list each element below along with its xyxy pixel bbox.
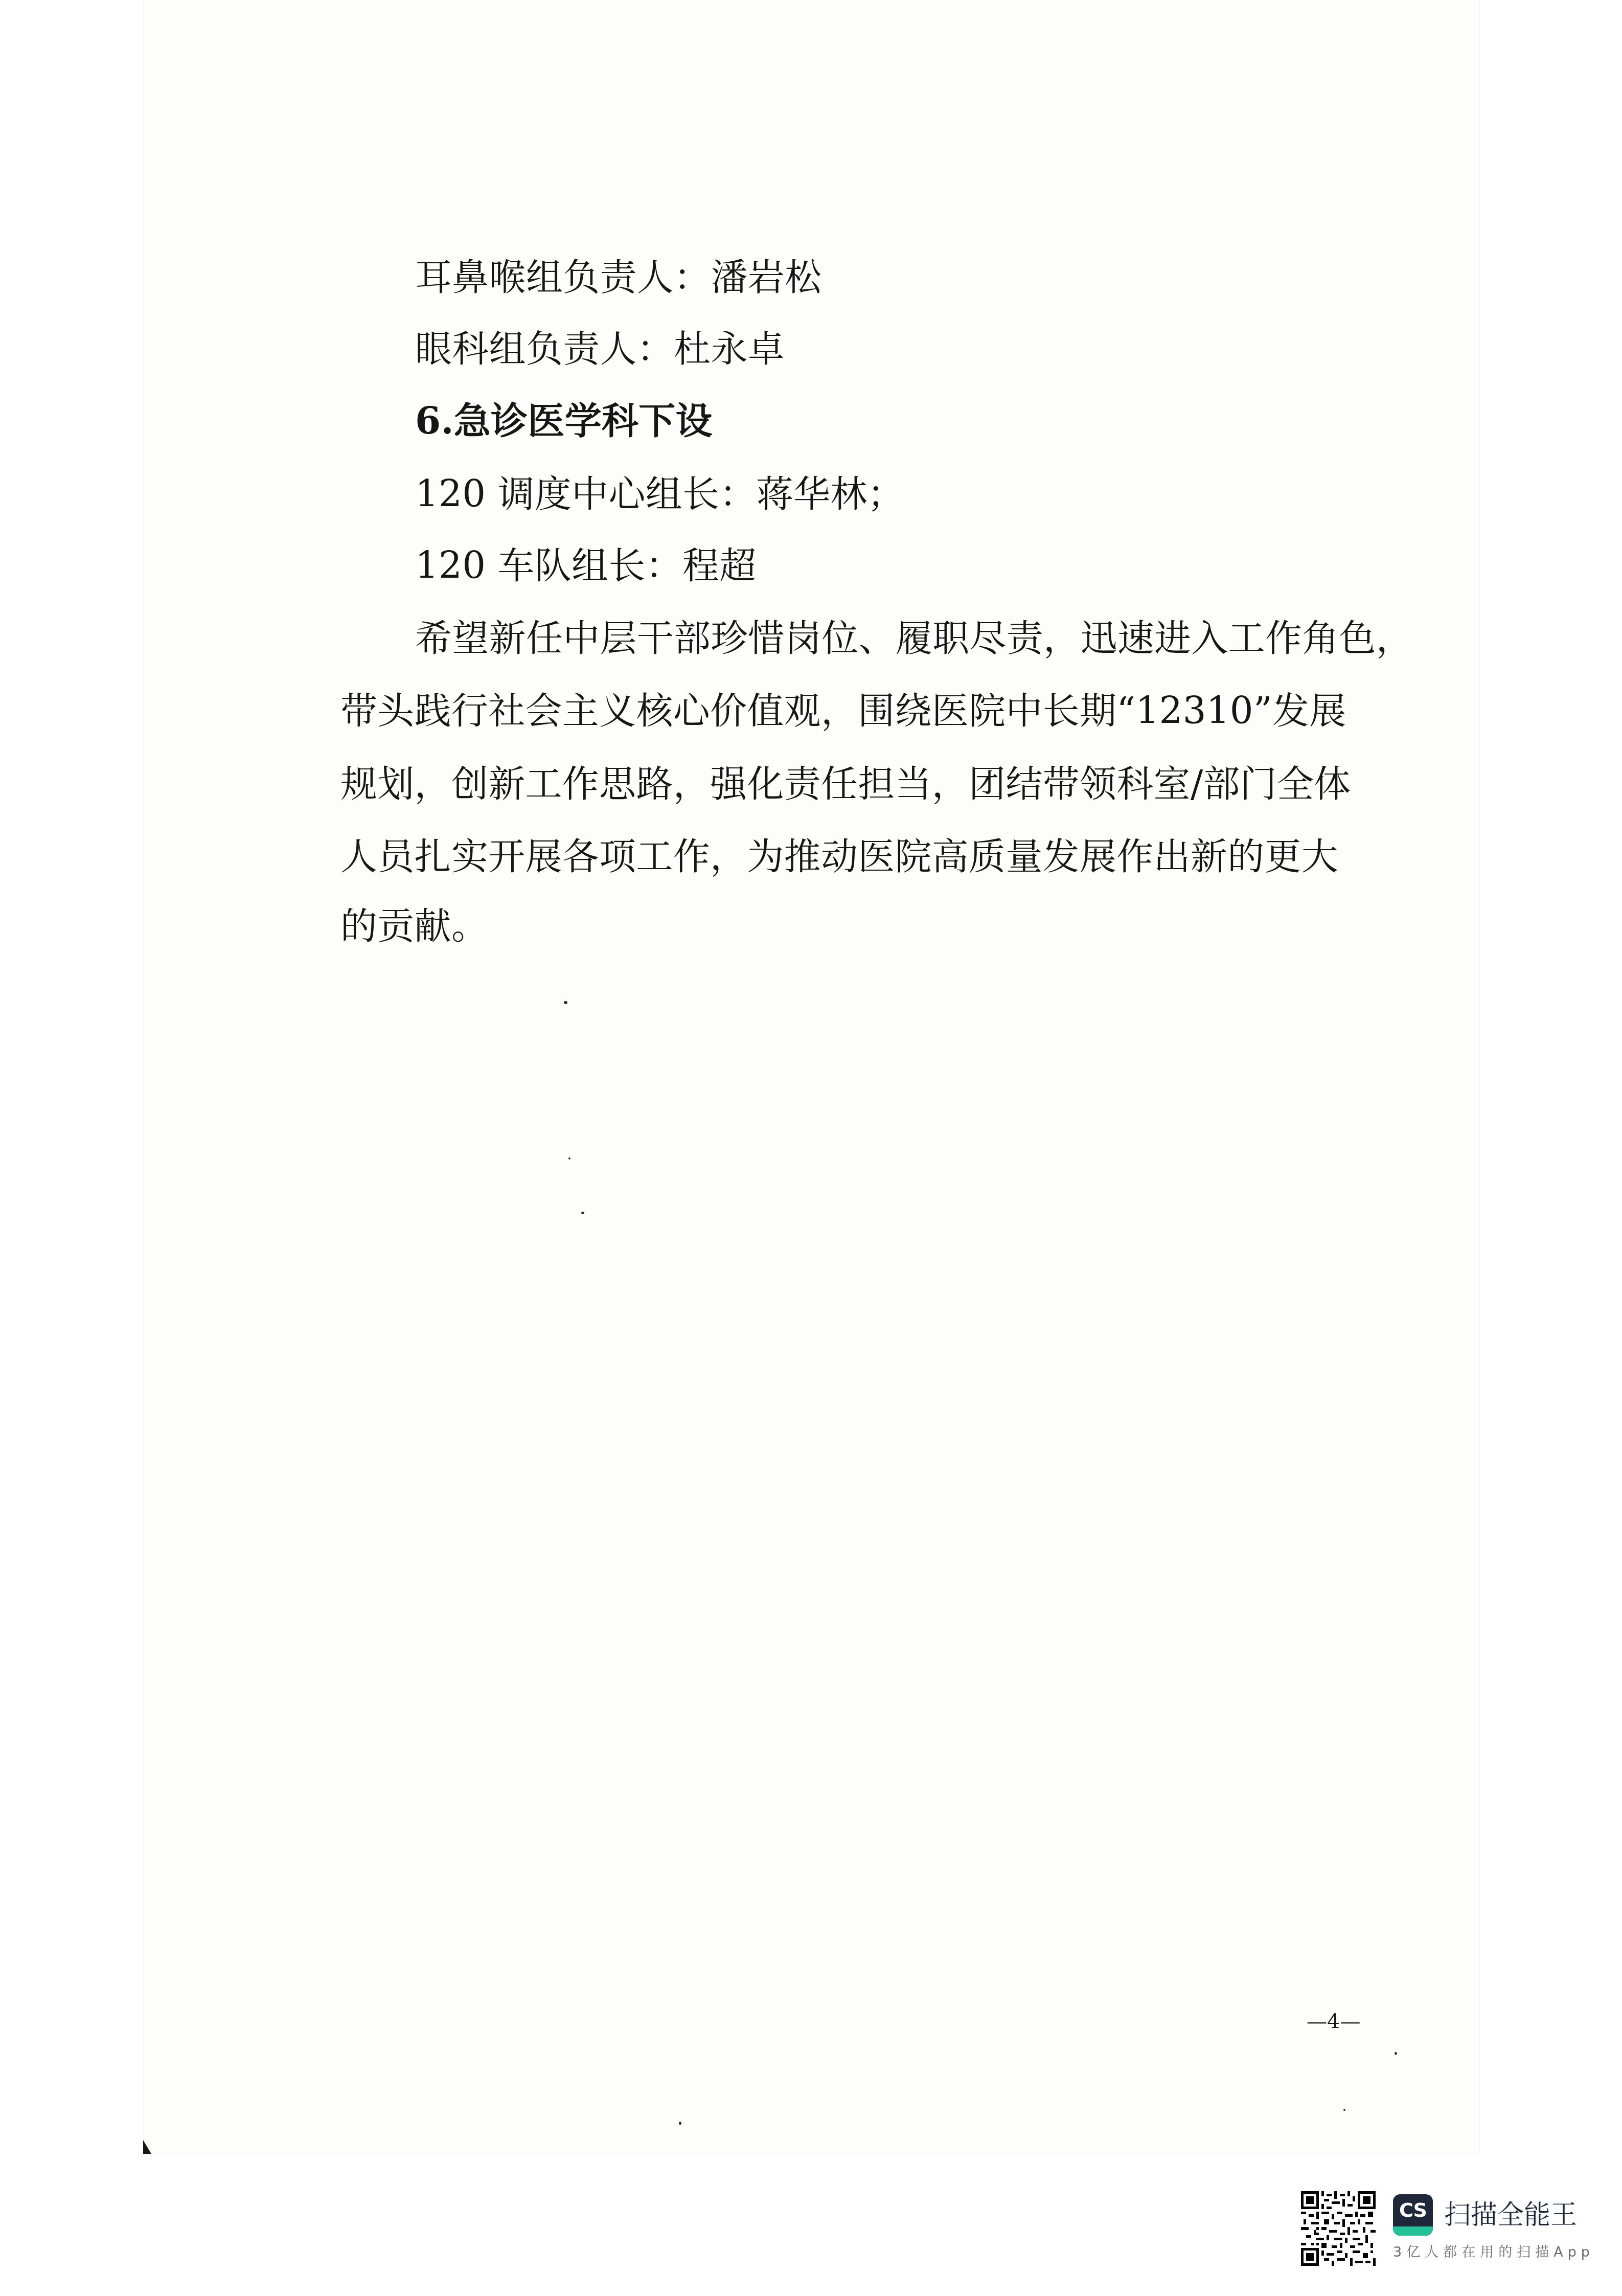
scan-speck xyxy=(1395,2052,1397,2055)
paragraph-line: 希望新任中层干部珍惜岗位、履职尽责，迅速进入工作角色， xyxy=(415,620,1413,656)
ophthalmology-group-leader-line: 眼科组负责人：杜永卓 xyxy=(415,330,785,367)
watermark-app-name[interactable]: 扫描全能王 xyxy=(1444,2199,1577,2231)
scan-speck xyxy=(1343,2109,1345,2111)
dispatch-center-leader-line: 120 调度中心组长：蒋华林； xyxy=(415,475,904,512)
scanned-page xyxy=(143,0,1480,2154)
scan-speck xyxy=(581,1212,584,1214)
watermark-tagline: 3亿人都在用的扫描App xyxy=(1393,2244,1594,2261)
logo-text: CS xyxy=(1393,2198,1433,2222)
scan-speck xyxy=(568,1157,570,1160)
paragraph-line: 的贡献。 xyxy=(340,907,488,944)
section-heading-emergency: 6.急诊医学科下设 xyxy=(415,402,713,439)
ambulance-fleet-leader-line: 120 车队组长：程超 xyxy=(415,547,757,584)
scan-speck xyxy=(679,2122,681,2125)
cs-app-logo-icon[interactable]: CS xyxy=(1393,2194,1433,2236)
ent-group-leader-line: 耳鼻喉组负责人：潘岩松 xyxy=(415,259,821,295)
page-number: —4— xyxy=(1307,2010,1360,2033)
qr-code-icon[interactable] xyxy=(1301,2191,1376,2266)
paragraph-line: 人员扎实开展各项工作，为推动医院高质量发展作出新的更大 xyxy=(340,838,1338,875)
scan-corner-mark xyxy=(143,2140,151,2154)
paragraph-line: 规划，创新工作思路，强化责任担当，团结带领科室/部门全体 xyxy=(340,765,1351,802)
logo-accent-strip xyxy=(1393,2226,1433,2236)
paragraph-line: 带头践行社会主义核心价值观，围绕医院中长期“12310”发展 xyxy=(340,692,1346,729)
scan-speck xyxy=(564,1001,567,1004)
